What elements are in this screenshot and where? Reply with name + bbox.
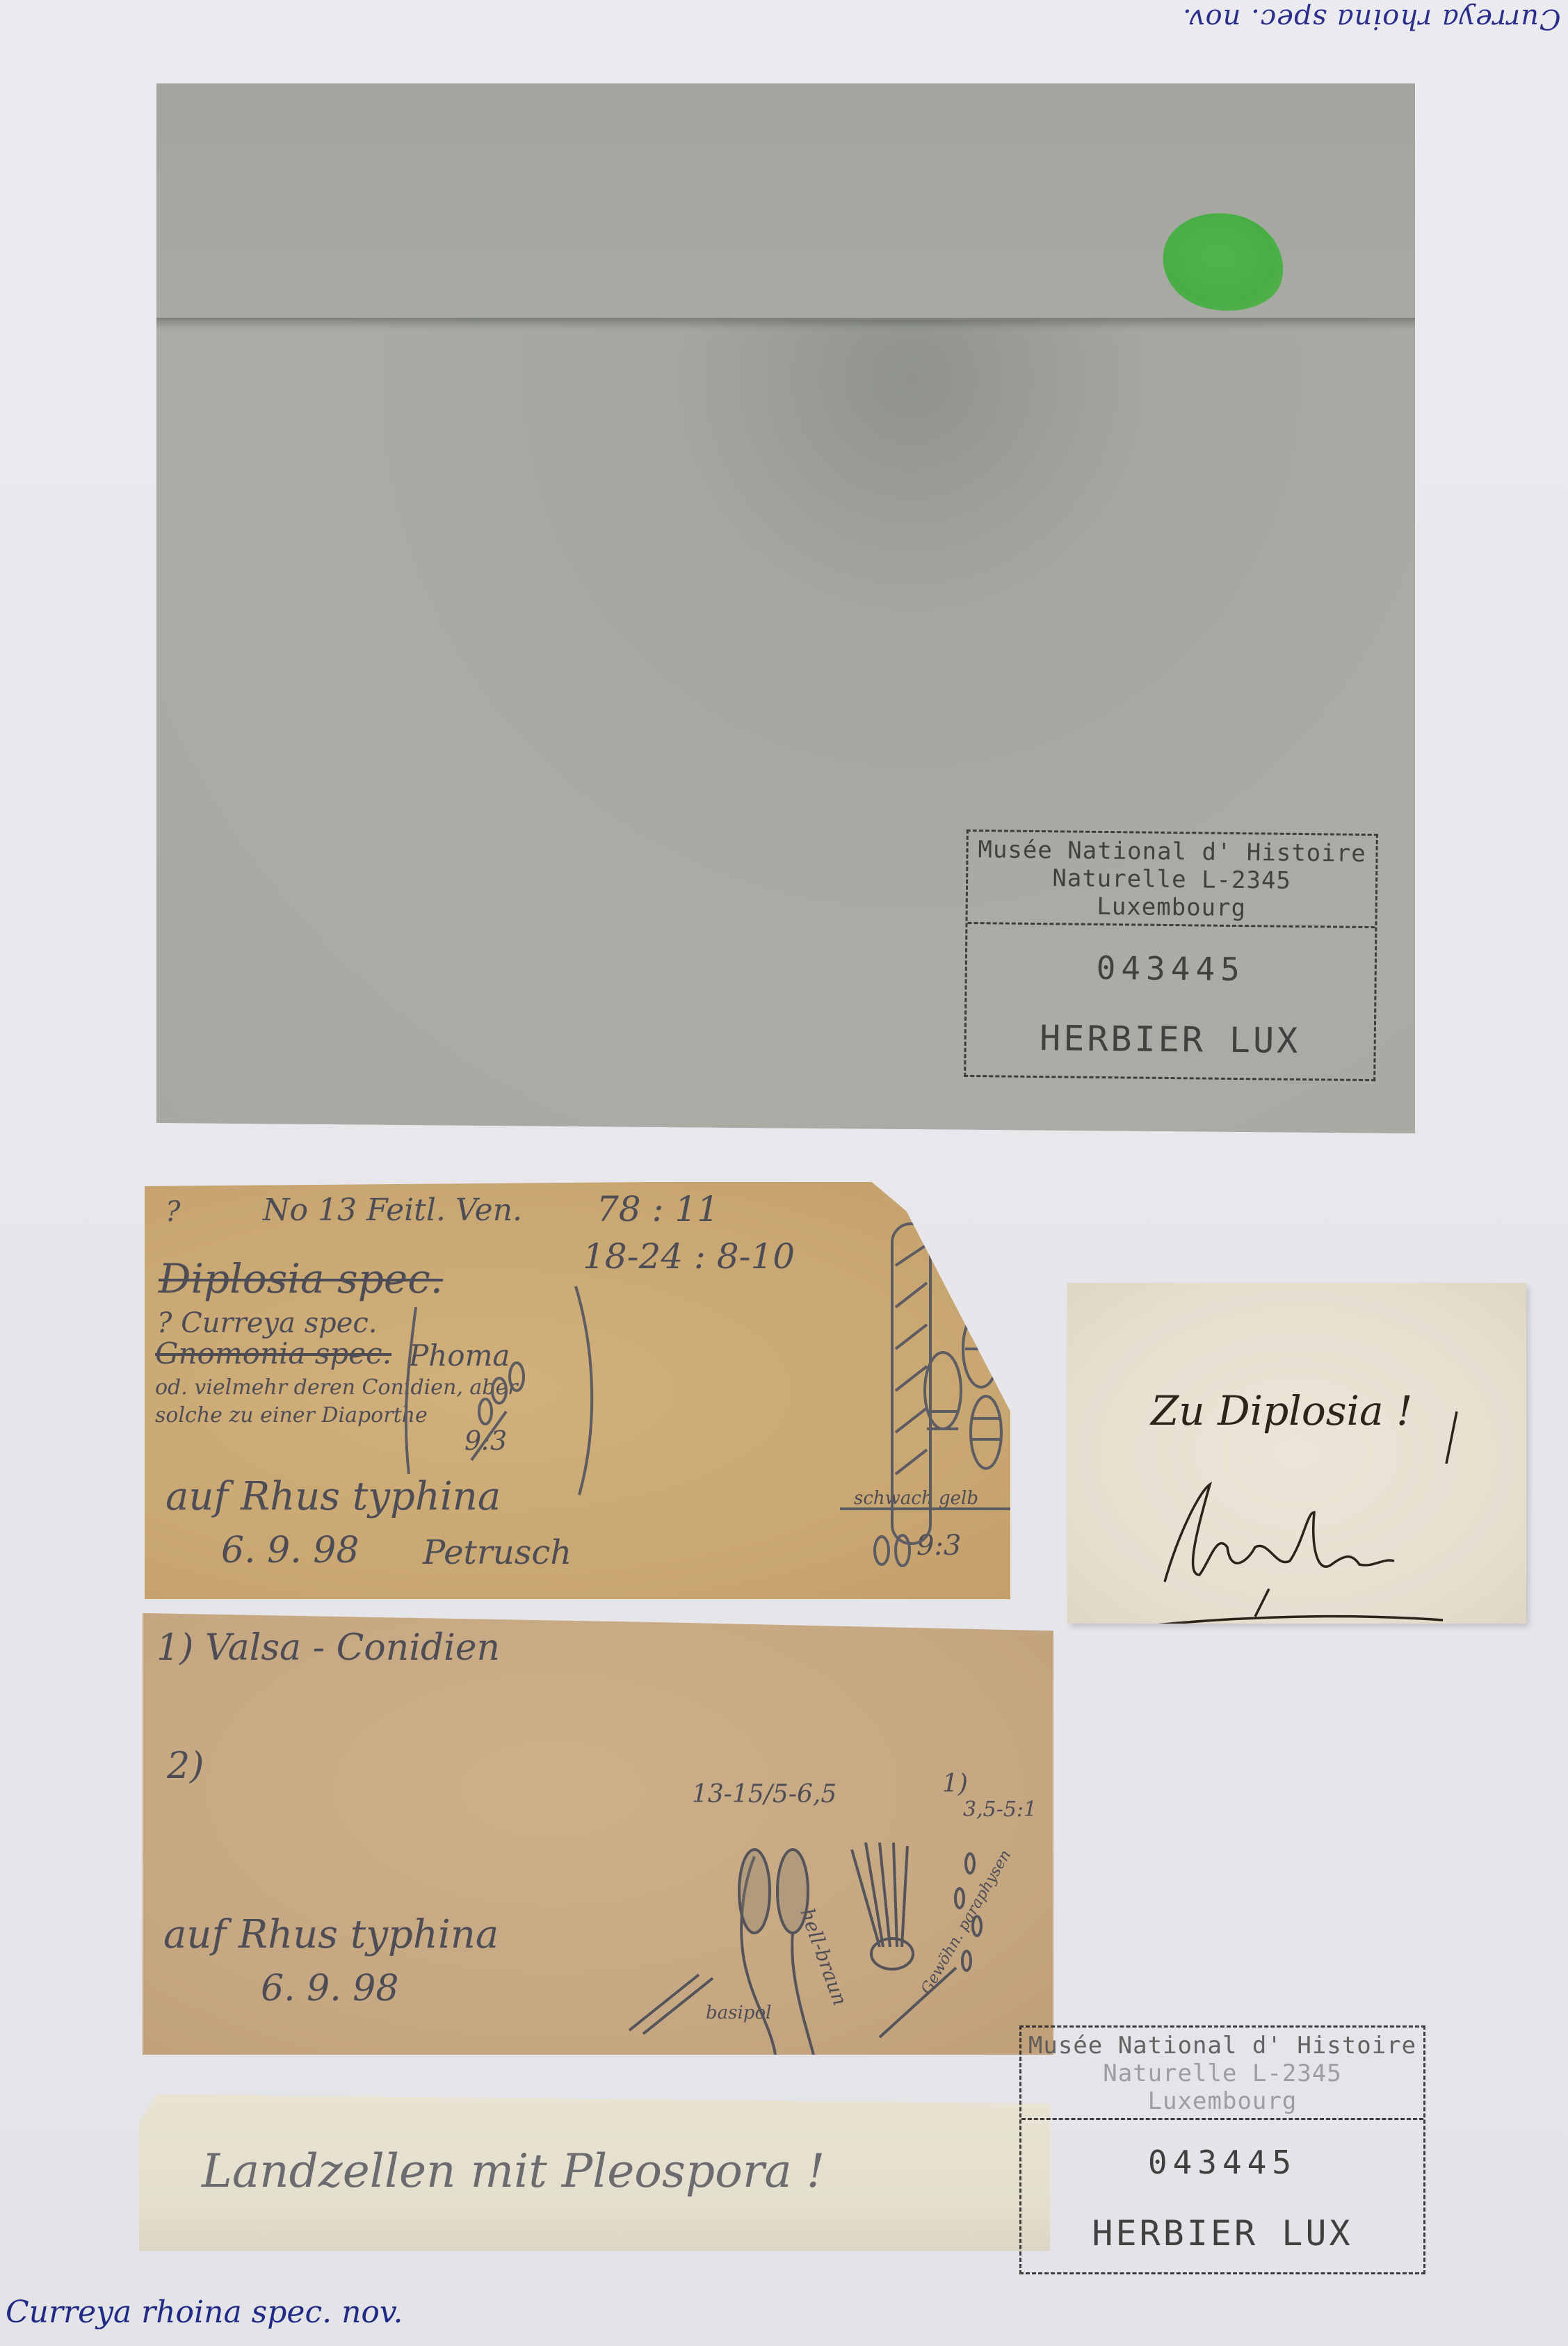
stamp-catalog-number: 043445 [1021,2144,1423,2181]
stamp-line2: Naturelle L-2345 Luxembourg [973,864,1371,923]
brown-note-slip-lower: 1) Valsa - Conidien 2) 13-15/5-6,5 1) 3,… [143,1613,1053,2055]
stamp-header: Musée National d' Histoire Naturelle L-2… [1021,2028,1423,2120]
pencil-note-strip: Landzellen mit Pleospora ! [139,2094,1050,2251]
stamp-herbier-label: HERBIER LUX [1021,2213,1423,2254]
ink-note-slip: Zu Diplosia ! Niessl(?) Unterschrift [1067,1283,1526,1624]
stamp-line1: Musée National d' Histoire [973,836,1370,868]
green-marker-dot [1154,202,1293,322]
stamp-line1: Musée National d' Histoire [1027,2032,1418,2060]
upside-down-taxon-label: Curreya rhoina spec. nov. [1182,3,1561,35]
stamp-header: Musée National d' Histoire Naturelle L-2… [967,832,1375,928]
stamp-herbier-label: HERBIER LUX [966,1017,1374,1062]
stamp-line2: Naturelle L-2345 Luxembourg [1027,2060,1418,2115]
museum-stamp-envelope: Musée National d' Histoire Naturelle L-2… [964,830,1378,1081]
brown-note-slip-upper: ? No 13 Feitl. Ven. 78 : 11 18-24 : 8-10… [145,1182,1010,1599]
herbarium-sheet: Curreya rhoina spec. nov. Musée National… [0,0,1568,2346]
pencil-strip-text: Landzellen mit Pleospora ! [202,2144,825,2198]
museum-stamp-sheet: Musée National d' Histoire Naturelle L-2… [1019,2025,1425,2274]
ascus-sketch-icon [145,1182,1010,1599]
ink-signature-icon [1067,1283,1526,1624]
stamp-catalog-number: 043445 [967,948,1375,989]
envelope-flap[interactable] [144,78,1420,320]
spore-sketch-icon [143,1613,1053,2055]
taxon-label: Curreya rhoina spec. nov. [6,2295,403,2330]
